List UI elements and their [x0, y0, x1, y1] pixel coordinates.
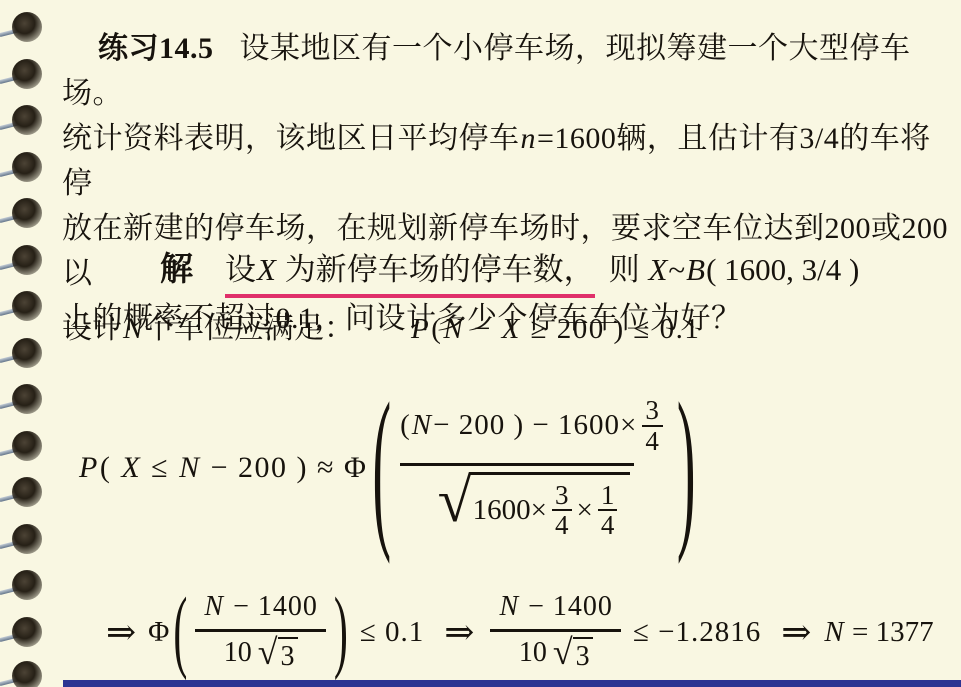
binder-dot-icon	[12, 105, 42, 135]
distribution-statement: 则 X~B( 1600, 3/4 )	[609, 252, 860, 287]
exercise-label: 练习14.5	[98, 32, 214, 65]
binder-knob-icon	[6, 197, 54, 231]
binder-dot-icon	[12, 570, 42, 600]
spiral-binding	[0, 0, 62, 687]
binder-dot-icon	[12, 431, 42, 461]
binder-knob-icon	[6, 58, 54, 92]
binder-knob-icon	[6, 290, 54, 324]
problem-line-2: 统计资料表明，该地区日平均停车n=1600辆，且估计有3/4的车将停	[62, 116, 959, 206]
binder-knob-icon	[6, 616, 54, 650]
binder-dot-icon	[12, 152, 42, 182]
binder-dot-icon	[12, 661, 42, 687]
three-quarters-fraction: 34	[642, 396, 663, 455]
binder-dot-icon	[12, 245, 42, 275]
phi-argument-fraction: N − 1400 10√3	[195, 591, 325, 673]
first-inequality: ≤ 0.1	[360, 616, 424, 649]
approximation-formula: P( X ≤ N − 200 ) ≈ Φ ( ( N − 200 ) − 160…	[78, 370, 701, 566]
implies-icon: ⇒	[106, 611, 136, 653]
binder-dot-icon	[12, 384, 42, 414]
constraint-line: 设计N个车位应满足：P(N − X ≥ 200 ) ≤ 0.1	[62, 303, 700, 347]
left-paren: (	[372, 378, 391, 557]
slide-bottom-bar	[63, 680, 961, 687]
final-derivation-line: ⇒ Φ ( N − 1400 10√3 ) ≤ 0.1 ⇒ N − 1400 1…	[94, 584, 934, 680]
binder-dot-icon	[12, 524, 42, 554]
binder-dot-icon	[12, 477, 42, 507]
radicand: 1600 × 34 × 14	[469, 472, 631, 540]
right-paren: )	[677, 378, 696, 557]
binder-dot-icon	[12, 12, 42, 42]
binder-knob-icon	[6, 11, 54, 45]
binder-knob-icon	[6, 660, 54, 687]
radical-sign: √	[553, 637, 573, 667]
right-paren: )	[334, 586, 348, 678]
solution-label: 解	[160, 252, 193, 288]
underlined-assumption: 设X 为新停车场的停车数，	[225, 252, 595, 298]
three-quarters-fraction: 34	[552, 481, 572, 540]
fraction-numerator: ( N − 200 ) − 1600 × 34	[398, 396, 670, 463]
binder-knob-icon	[6, 244, 54, 278]
binder-dot-icon	[12, 291, 42, 321]
binder-dot-icon	[12, 617, 42, 647]
standardized-fraction: N − 1400 10√3	[490, 591, 620, 673]
binder-knob-icon	[6, 523, 54, 557]
binder-dot-icon	[12, 59, 42, 89]
main-fraction: ( N − 200 ) − 1600 × 34 √ 1600 × 34 × 14	[398, 396, 670, 539]
binder-knob-icon	[6, 476, 54, 510]
second-inequality: ≤ −1.2816	[633, 616, 761, 649]
implies-icon: ⇒	[781, 611, 811, 653]
binder-dot-icon	[12, 338, 42, 368]
binder-knob-icon	[6, 337, 54, 371]
binder-knob-icon	[6, 104, 54, 138]
fraction-denominator: √ 1600 × 34 × 14	[438, 466, 631, 540]
binder-dot-icon	[12, 198, 42, 228]
implies-icon: ⇒	[444, 611, 474, 653]
binder-knob-icon	[6, 569, 54, 603]
phi-symbol: Φ	[148, 616, 169, 649]
square-root: √ 1600 × 34 × 14	[438, 472, 631, 540]
solution-line: 解设X 为新停车场的停车数，则 X~B( 1600, 3/4 )	[160, 243, 859, 290]
binder-knob-icon	[6, 430, 54, 464]
binder-knob-icon	[6, 383, 54, 417]
binder-knob-icon	[6, 151, 54, 185]
constraint-inequality: P(N − X ≥ 200 ) ≤ 0.1	[410, 313, 700, 345]
one-quarter-fraction: 14	[598, 481, 618, 540]
radical-sign: √	[258, 637, 278, 667]
final-answer: N = 1377	[823, 616, 933, 649]
problem-line-1: 练习14.5设某地区有一个小停车场，现拟筹建一个大型停车场。	[62, 26, 959, 116]
radical-sign: √	[438, 472, 472, 530]
formula-lhs: P( X ≤ N − 200 ) ≈ Φ	[78, 451, 367, 485]
constraint-label: 设计N个车位应满足：	[62, 312, 354, 345]
left-paren: (	[173, 586, 187, 678]
